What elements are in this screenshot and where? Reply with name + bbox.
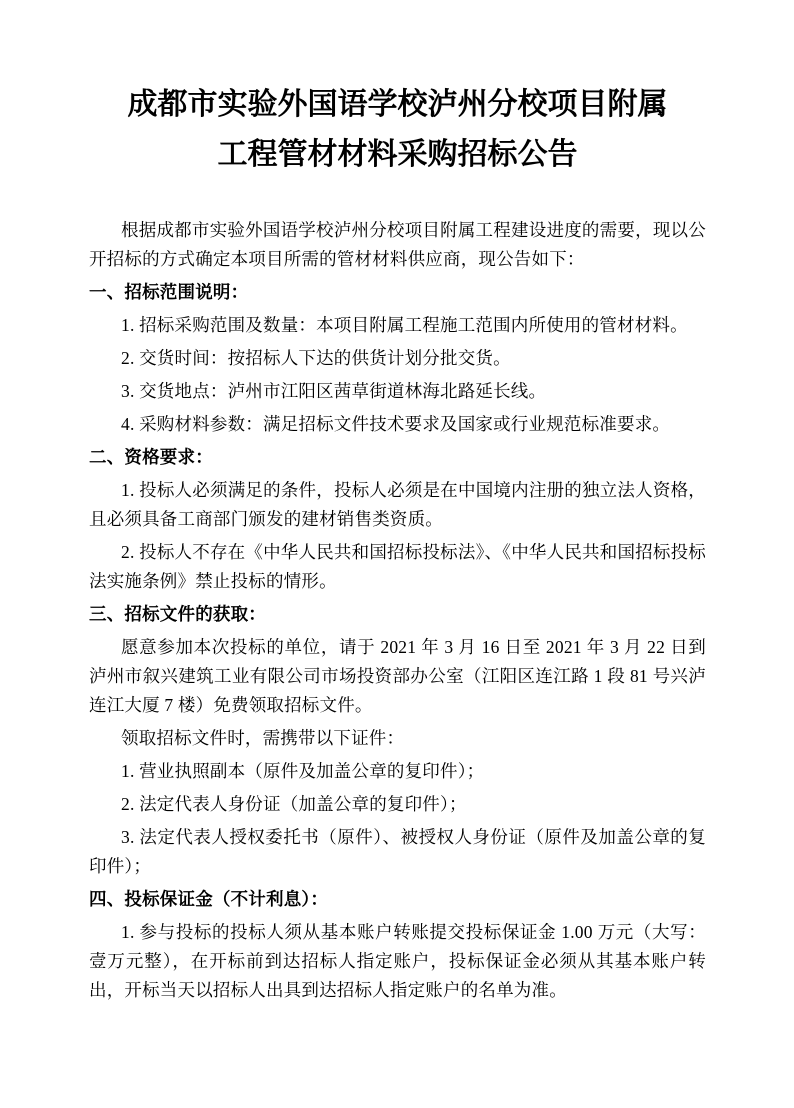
section-3-item-1: 1. 营业执照副本（原件及加盖公章的复印件）； bbox=[89, 757, 706, 786]
section-1-item-4: 4. 采购材料参数：满足招标文件技术要求及国家或行业规范标准要求。 bbox=[89, 410, 706, 439]
title-line-1: 成都市实验外国语学校泸州分校项目附属 bbox=[89, 80, 706, 130]
section-2-heading: 二、资格要求： bbox=[89, 443, 706, 472]
document-title: 成都市实验外国语学校泸州分校项目附属 工程管材材料采购招标公告 bbox=[89, 80, 706, 180]
section-1-item-3: 3. 交货地点：泸州市江阳区茜草街道林海北路延长线。 bbox=[89, 377, 706, 406]
section-3-paragraph-1: 愿意参加本次投标的单位，请于 2021 年 3 月 16 日至 2021 年 3… bbox=[89, 633, 706, 720]
section-3-item-2: 2. 法定代表人身份证（加盖公章的复印件）； bbox=[89, 790, 706, 819]
section-2-item-2: 2. 投标人不存在《中华人民共和国招标投标法》、《中华人民共和国招标投标法实施条… bbox=[89, 538, 706, 596]
document-page: 成都市实验外国语学校泸州分校项目附属 工程管材材料采购招标公告 根据成都市实验外… bbox=[0, 0, 794, 1108]
section-1-item-2: 2. 交货时间：按招标人下达的供货计划分批交货。 bbox=[89, 344, 706, 373]
section-1-item-1: 1. 招标采购范围及数量：本项目附属工程施工范围内所使用的管材材料。 bbox=[89, 311, 706, 340]
section-3-paragraph-2: 领取招标文件时，需携带以下证件： bbox=[89, 724, 706, 753]
title-line-2: 工程管材材料采购招标公告 bbox=[89, 130, 706, 180]
intro-paragraph: 根据成都市实验外国语学校泸州分校项目附属工程建设进度的需要，现以公开招标的方式确… bbox=[89, 216, 706, 274]
section-4-item-1: 1. 参与投标的投标人须从基本账户转账提交投标保证金 1.00 万元（大写：壹万… bbox=[89, 918, 706, 1005]
section-2-item-1: 1. 投标人必须满足的条件，投标人必须是在中国境内注册的独立法人资格，且必须具备… bbox=[89, 476, 706, 534]
document-body: 根据成都市实验外国语学校泸州分校项目附属工程建设进度的需要，现以公开招标的方式确… bbox=[89, 216, 706, 1005]
section-1-heading: 一、招标范围说明： bbox=[89, 278, 706, 307]
section-4-heading: 四、投标保证金（不计利息）： bbox=[89, 885, 706, 914]
section-3-item-3: 3. 法定代表人授权委托书（原件）、被授权人身份证（原件及加盖公章的复印件）； bbox=[89, 823, 706, 881]
section-3-heading: 三、招标文件的获取： bbox=[89, 600, 706, 629]
